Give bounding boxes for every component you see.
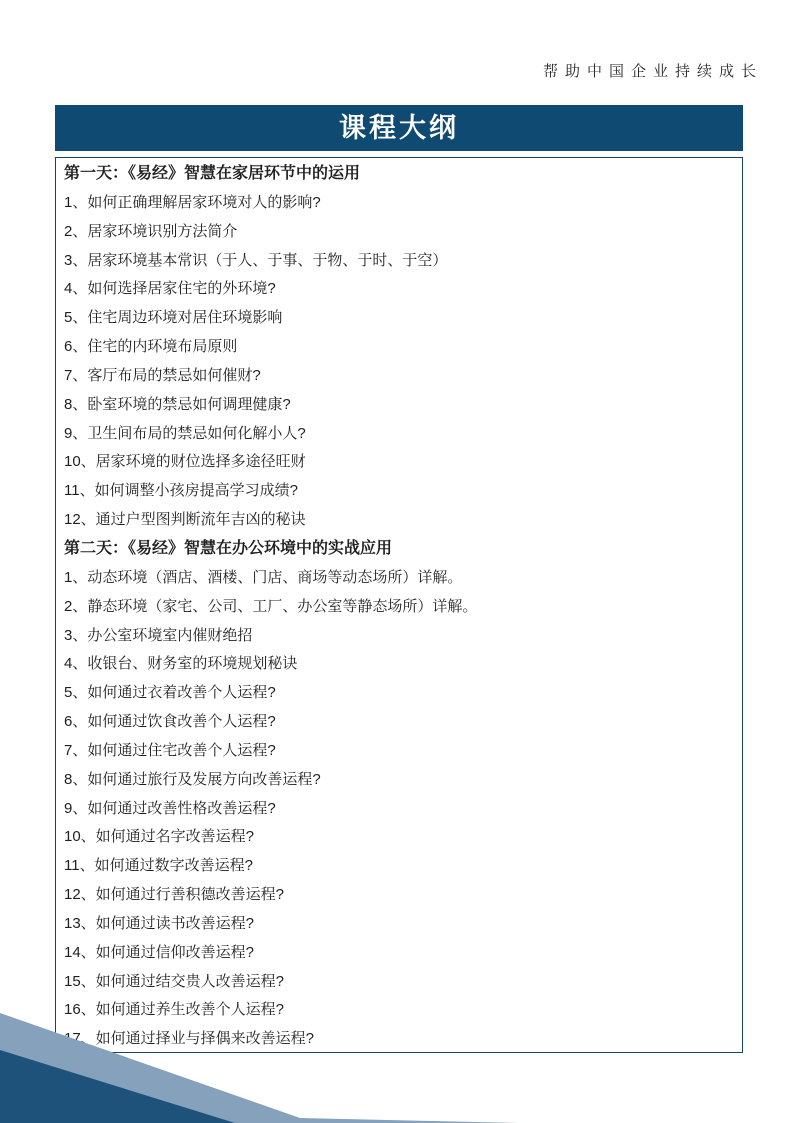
outline-item: 11、如何调整小孩房提高学习成绩? xyxy=(64,477,732,506)
section-heading: 第一天：《易经》智慧在家居环节中的运用 xyxy=(64,160,732,189)
title-banner: 课程大纲 xyxy=(55,105,743,151)
outline-item: 1、动态环境（酒店、酒楼、门店、商场等动态场所）详解。 xyxy=(64,564,732,593)
course-outline-box: 第一天：《易经》智慧在家居环节中的运用1、如何正确理解居家环境对人的影响?2、居… xyxy=(55,157,743,1053)
outline-item: 11、如何通过数字改善运程? xyxy=(64,852,732,881)
outline-item: 2、静态环境（家宅、公司、工厂、办公室等静态场所）详解。 xyxy=(64,593,732,622)
outline-item: 6、住宅的内环境布局原则 xyxy=(64,333,732,362)
outline-item: 15、如何通过结交贵人改善运程? xyxy=(64,968,732,997)
page-title: 课程大纲 xyxy=(339,115,459,142)
outline-item: 9、如何通过改善性格改善运程? xyxy=(64,795,732,824)
outline-item: 3、居家环境基本常识（于人、于事、于物、于时、于空） xyxy=(64,247,732,276)
outline-item: 10、如何通过名字改善运程? xyxy=(64,823,732,852)
outline-item: 16、如何通过养生改善个人运程? xyxy=(64,996,732,1025)
outline-item: 12、通过户型图判断流年吉凶的秘诀 xyxy=(64,506,732,535)
outline-item: 8、如何通过旅行及发展方向改善运程? xyxy=(64,766,732,795)
header-tagline: 帮助中国企业持续成长 xyxy=(543,60,763,81)
outline-item: 14、如何通过信仰改善运程? xyxy=(64,939,732,968)
outline-item: 1、如何正确理解居家环境对人的影响? xyxy=(64,189,732,218)
outline-item: 8、卧室环境的禁忌如何调理健康? xyxy=(64,391,732,420)
outline-section: 第一天：《易经》智慧在家居环节中的运用1、如何正确理解居家环境对人的影响?2、居… xyxy=(64,160,732,535)
outline-item: 4、收银台、财务室的环境规划秘诀 xyxy=(64,650,732,679)
outline-item: 3、办公室环境室内催财绝招 xyxy=(64,622,732,651)
outline-item: 4、如何选择居家住宅的外环境? xyxy=(64,275,732,304)
outline-section: 第二天：《易经》智慧在办公环境中的实战应用1、动态环境（酒店、酒楼、门店、商场等… xyxy=(64,535,732,1053)
outline-item: 12、如何通过行善积德改善运程? xyxy=(64,881,732,910)
outline-item: 6、如何通过饮食改善个人运程? xyxy=(64,708,732,737)
outline-item: 13、如何通过读书改善运程? xyxy=(64,910,732,939)
outline-item: 7、客厅布局的禁忌如何催财? xyxy=(64,362,732,391)
outline-item: 9、卫生间布局的禁忌如何化解小人? xyxy=(64,420,732,449)
outline-item: 10、居家环境的财位选择多途径旺财 xyxy=(64,448,732,477)
section-heading: 第二天：《易经》智慧在办公环境中的实战应用 xyxy=(64,535,732,564)
outline-item: 7、如何通过住宅改善个人运程? xyxy=(64,737,732,766)
outline-item: 5、如何通过衣着改善个人运程? xyxy=(64,679,732,708)
outline-item: 2、居家环境识别方法简介 xyxy=(64,218,732,247)
outline-item: 5、住宅周边环境对居住环境影响 xyxy=(64,304,732,333)
outline-item: 17、如何通过择业与择偶来改善运程? xyxy=(64,1025,732,1053)
